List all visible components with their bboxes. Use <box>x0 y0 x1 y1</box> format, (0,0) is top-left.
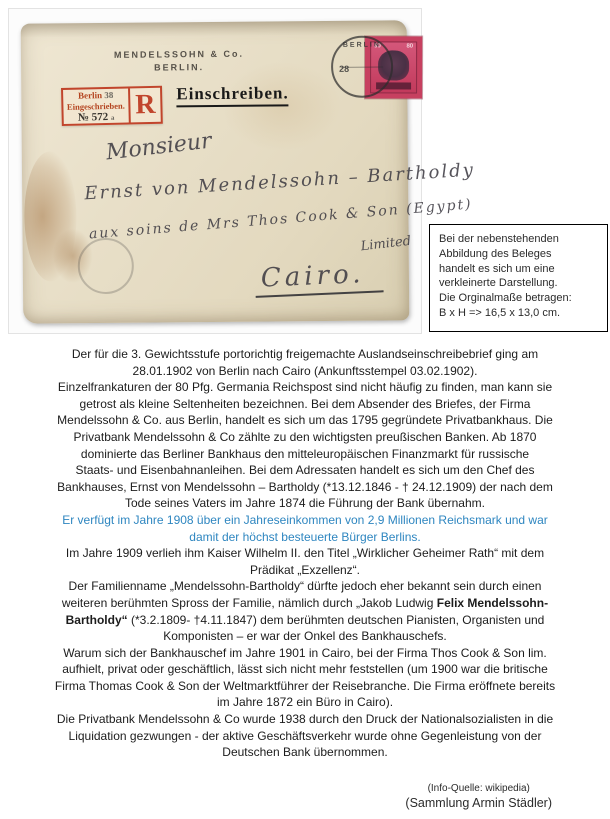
registration-number-suffix: a <box>111 114 115 122</box>
paragraph-7: Die Privatbank Mendelssohn & Co wurde 19… <box>28 711 582 761</box>
envelope-photo: MENDELSSOHN & Co. BERLIN. Berlin 38 Eing… <box>8 8 422 334</box>
envelope-crease <box>21 20 407 37</box>
sender-imprint: MENDELSSOHN & Co. BERLIN. <box>109 48 249 75</box>
collection-credit: (Sammlung Armin Städler) <box>405 795 552 811</box>
sender-city: BERLIN. <box>109 61 249 75</box>
address-salutation: Monsieur <box>105 129 213 166</box>
postmark-city: BERLIN <box>333 41 391 49</box>
size-note-box: Bei der nebenstehenden Abbildung des Bel… <box>429 224 608 332</box>
address-name: Ernst von Mendelssohn – Bartholdy <box>84 160 476 205</box>
article-text: Der für die 3. Gewichtsstufe portorichti… <box>28 346 582 761</box>
paragraph-4: Im Jahre 1909 verlieh ihm Kaiser Wilhelm… <box>28 545 582 578</box>
postmark-day: 28 <box>339 64 349 74</box>
faint-arrival-postmark <box>78 238 134 294</box>
registration-number: № 572 a <box>64 112 129 125</box>
einschreiben-header: Einschreiben. <box>176 83 289 107</box>
envelope: MENDELSSOHN & Co. BERLIN. Berlin 38 Eing… <box>21 20 410 323</box>
registration-label: Berlin 38 Eingeschrieben. № 572 a R <box>61 86 163 126</box>
address-limited: Limited <box>360 234 412 255</box>
paragraph-6: Warum sich der Bankhauschef im Jahre 190… <box>28 645 582 711</box>
credits: (Info-Quelle: wikipedia) (Sammlung Armin… <box>405 782 552 811</box>
paragraph-5: Der Familienname „Mendelssohn-Bartholdy“… <box>28 578 582 644</box>
registration-office-number: 38 <box>104 90 113 100</box>
paragraph-1: Der für die 3. Gewichtsstufe portorichti… <box>28 346 582 379</box>
berlin-postmark: BERLIN 28 <box>331 35 394 98</box>
address-city: Cairo. <box>254 258 383 298</box>
registration-r-letter: R <box>128 88 161 123</box>
registration-label-text: Berlin 38 Eingeschrieben. № 572 a <box>63 89 129 124</box>
stamp-value-right: 80 <box>406 43 413 49</box>
paragraph-5-post: (*3.2.1809- †4.11.1847) dem berühmten de… <box>128 613 545 644</box>
address-care-of: aux soins de Mrs Thos Cook & Son (Egypt) <box>88 196 473 242</box>
paragraph-3-highlighted: Er verfügt im Jahre 1908 über ein Jahres… <box>28 512 582 545</box>
paragraph-2: Einzelfrankaturen der 80 Pfg. Germania R… <box>28 379 582 512</box>
sender-name: MENDELSSOHN & Co. <box>109 48 249 62</box>
info-source: (Info-Quelle: wikipedia) <box>405 782 552 795</box>
